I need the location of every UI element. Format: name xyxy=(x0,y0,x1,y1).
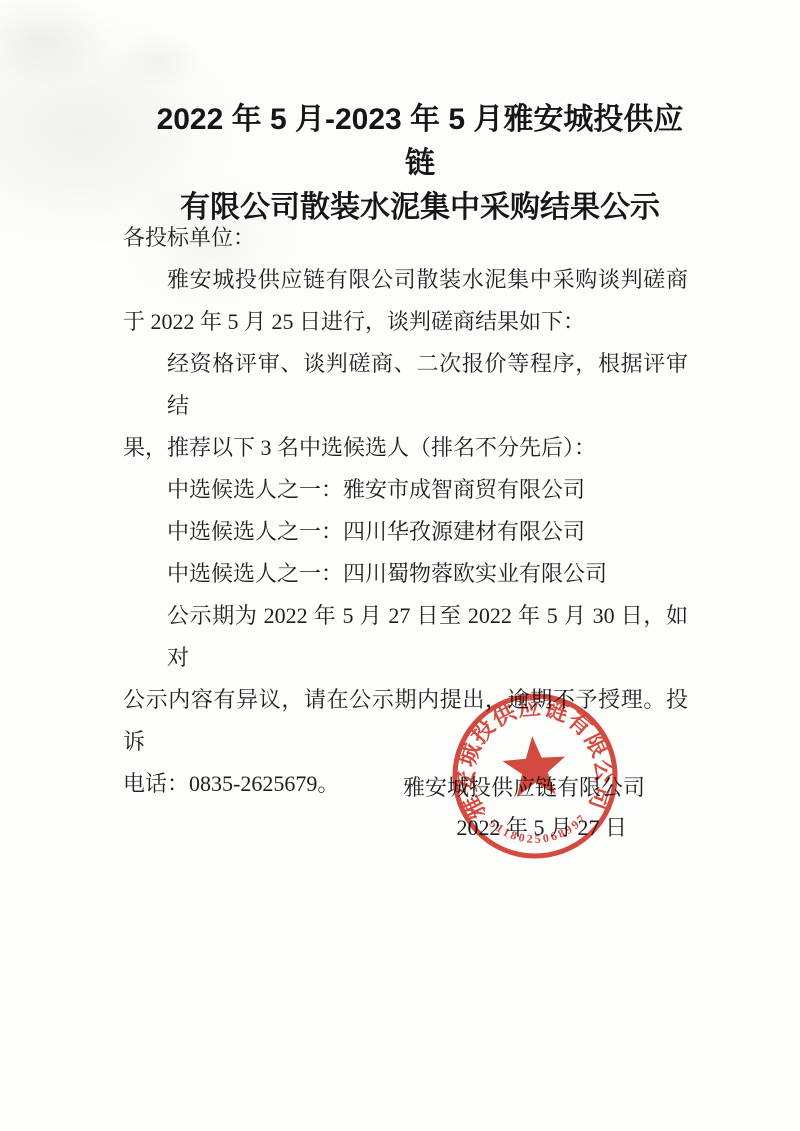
body-line: 经资格评审、谈判磋商、二次报价等程序，根据评审结 xyxy=(123,343,688,427)
seal-star-icon xyxy=(501,734,568,798)
title-line-1: 2022 年 5 月-2023 年 5 月雅安城投供应链 xyxy=(150,98,690,186)
body-line: 中选候选人之一：四川华孜源建材有限公司 xyxy=(123,511,688,553)
document-title: 2022 年 5 月-2023 年 5 月雅安城投供应链 有限公司散装水泥集中采… xyxy=(150,98,690,230)
body-line: 雅安城投供应链有限公司散装水泥集中采购谈判磋商 xyxy=(123,259,688,301)
body-line: 各投标单位： xyxy=(123,217,688,259)
body-line: 于 2022 年 5 月 25 日进行，谈判磋商结果如下： xyxy=(123,301,688,343)
body-line: 公示期为 2022 年 5 月 27 日至 2022 年 5 月 30 日，如对 xyxy=(123,595,688,679)
scanned-document-page: 2022 年 5 月-2023 年 5 月雅安城投供应链 有限公司散装水泥集中采… xyxy=(0,0,800,1131)
body-line: 中选候选人之一：四川蜀物蓉欧实业有限公司 xyxy=(123,553,688,595)
body-line: 中选候选人之一：雅安市成智商贸有限公司 xyxy=(123,469,688,511)
official-seal: 雅安城投供应链有限公司 5118025068997 xyxy=(428,669,641,882)
body-line: 果，推荐以下 3 名中选候选人（排名不分先后）： xyxy=(123,427,688,469)
